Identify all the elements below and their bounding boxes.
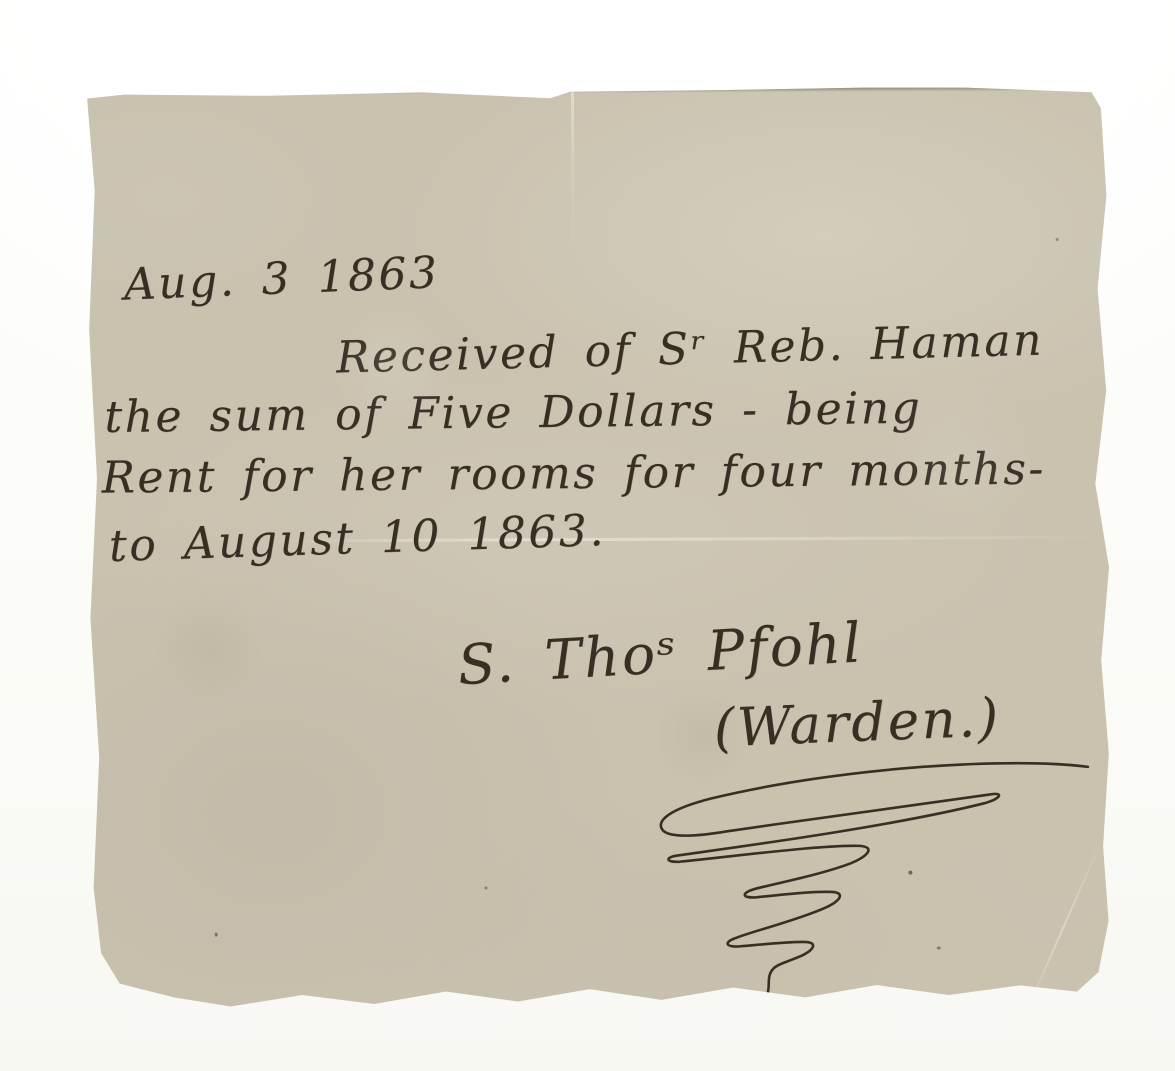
- paper-speck: [215, 933, 218, 937]
- paper-speck: [1056, 238, 1059, 241]
- paper-speck: [908, 871, 912, 875]
- handwritten-line-until-date: to August 10 1863.: [108, 505, 606, 572]
- paper-crease-vertical: [571, 90, 575, 255]
- signature-flourish-icon: [616, 739, 1097, 1011]
- paper-speck: [484, 886, 487, 889]
- handwritten-signature: S. Thoˢ Pfohl: [456, 610, 865, 697]
- paper-speck: [937, 947, 941, 950]
- handwritten-line-rent: Rent for her rooms for four months-: [101, 444, 1046, 504]
- handwritten-line-sum: the sum of Five Dollars - being: [104, 383, 922, 443]
- handwritten-line-received: Received of Sʳ Reb. Haman: [336, 315, 1045, 384]
- signature-flourish: [616, 739, 1097, 1011]
- receipt-document: Aug. 3 1863 Received of Sʳ Reb. Haman th…: [83, 84, 1113, 1018]
- scanner-background: Aug. 3 1863 Received of Sʳ Reb. Haman th…: [0, 0, 1175, 1071]
- handwritten-date: Aug. 3 1863: [123, 247, 440, 310]
